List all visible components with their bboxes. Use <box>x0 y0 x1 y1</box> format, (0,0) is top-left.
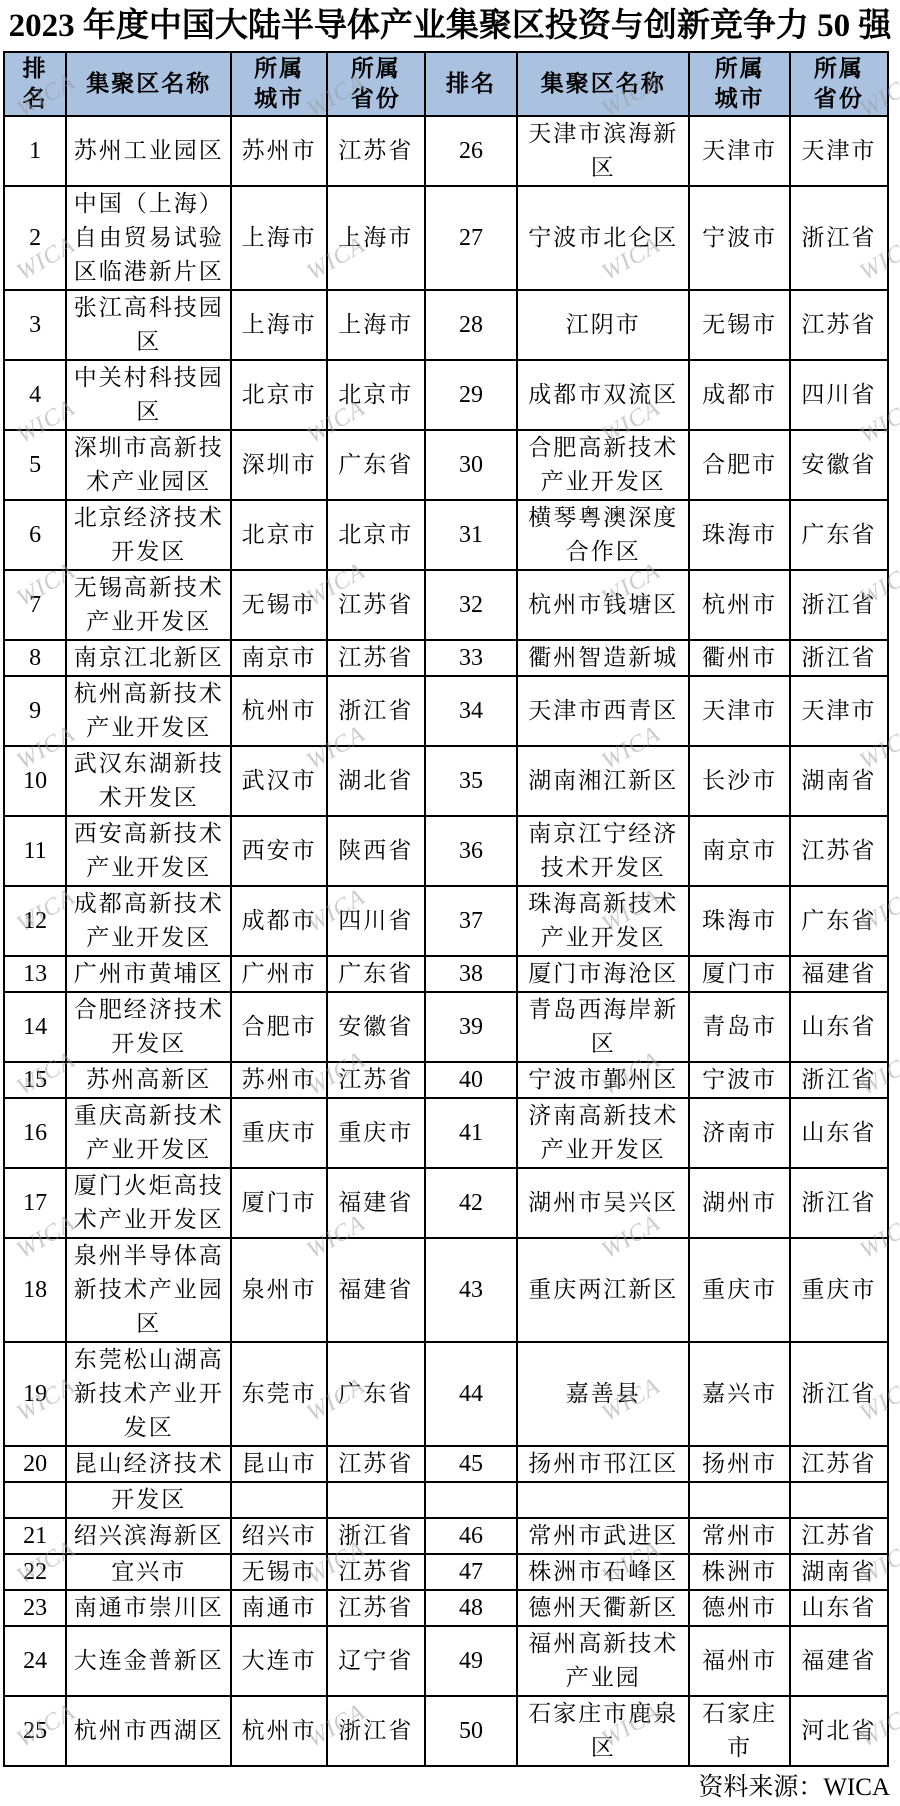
city-cell-left: 大连市 <box>231 1626 326 1696</box>
rank-cell-right: 37 <box>425 886 517 956</box>
rank-cell-right: 41 <box>425 1098 517 1168</box>
name-cell-left: 昆山经济技术 <box>66 1446 231 1482</box>
city-cell-left: 上海市 <box>231 290 326 360</box>
province-cell-right: 广东省 <box>790 886 888 956</box>
province-cell-right: 广东省 <box>790 500 888 570</box>
name-cell-left: 宜兴市 <box>66 1554 231 1590</box>
name-cell-left: 杭州高新技术 产业开发区 <box>66 676 231 746</box>
city-cell-left: 上海市 <box>231 186 326 290</box>
province-cell-left: 浙江省 <box>327 1518 425 1554</box>
name-cell-right: 石家庄市鹿泉 区 <box>517 1696 689 1766</box>
rank-cell-right: 42 <box>425 1168 517 1238</box>
city-cell-left: 杭州市 <box>231 1696 326 1766</box>
province-cell-left: 江苏省 <box>327 1590 425 1626</box>
rank-cell-right <box>425 1482 517 1518</box>
table-row: 8南京江北新区南京市江苏省33衢州智造新城衢州市浙江省 <box>4 640 888 676</box>
province-cell-left: 广东省 <box>327 430 425 500</box>
rank-cell-left: 8 <box>4 640 66 676</box>
rank-cell-right: 26 <box>425 116 517 186</box>
rank-cell-left: 9 <box>4 676 66 746</box>
name-cell-left: 中国（上海） 自由贸易试验 区临港新片区 <box>66 186 231 290</box>
table-row: 4中关村科技园 区北京市北京市29成都市双流区成都市四川省 <box>4 360 888 430</box>
name-cell-right: 嘉善县 <box>517 1342 689 1446</box>
province-cell-left <box>327 1482 425 1518</box>
province-cell-left: 北京市 <box>327 360 425 430</box>
name-cell-right: 杭州市钱塘区 <box>517 570 689 640</box>
table-row: 5深圳市高新技 术产业园区深圳市广东省30合肥高新技术 产业开发区合肥市安徽省 <box>4 430 888 500</box>
rank-cell-right: 27 <box>425 186 517 290</box>
name-cell-right: 宁波市北仑区 <box>517 186 689 290</box>
column-header-5: 集聚区名称 <box>517 52 689 116</box>
rank-cell-left: 19 <box>4 1342 66 1446</box>
name-cell-left: 中关村科技园 区 <box>66 360 231 430</box>
name-cell-left: 泉州半导体高 新技术产业园 区 <box>66 1238 231 1342</box>
name-cell-right: 济南高新技术 产业开发区 <box>517 1098 689 1168</box>
table-row: 10武汉东湖新技 术开发区武汉市湖北省35湖南湘江新区长沙市湖南省 <box>4 746 888 816</box>
table-row: 11西安高新技术 产业开发区西安市陕西省36南京江宁经济 技术开发区南京市江苏省 <box>4 816 888 886</box>
name-cell-right: 横琴粤澳深度 合作区 <box>517 500 689 570</box>
column-header-1: 集聚区名称 <box>66 52 231 116</box>
province-cell-left: 福建省 <box>327 1238 425 1342</box>
name-cell-left: 深圳市高新技 术产业园区 <box>66 430 231 500</box>
province-cell-right: 江苏省 <box>790 1446 888 1482</box>
table-row: 7无锡高新技术 产业开发区无锡市江苏省32杭州市钱塘区杭州市浙江省 <box>4 570 888 640</box>
rank-cell-right: 28 <box>425 290 517 360</box>
table-row: 20昆山经济技术昆山市江苏省45扬州市邗江区扬州市江苏省 <box>4 1446 888 1482</box>
city-cell-left: 无锡市 <box>231 1554 326 1590</box>
province-cell-right: 重庆市 <box>790 1238 888 1342</box>
name-cell-right: 天津市滨海新 区 <box>517 116 689 186</box>
table-row: 1苏州工业园区苏州市江苏省26天津市滨海新 区天津市天津市 <box>4 116 888 186</box>
city-cell-right: 常州市 <box>689 1518 789 1554</box>
name-cell-right: 湖州市吴兴区 <box>517 1168 689 1238</box>
city-cell-left: 苏州市 <box>231 1062 326 1098</box>
city-cell-left: 泉州市 <box>231 1238 326 1342</box>
rank-cell-right: 40 <box>425 1062 517 1098</box>
city-cell-left: 厦门市 <box>231 1168 326 1238</box>
name-cell-right: 合肥高新技术 产业开发区 <box>517 430 689 500</box>
province-cell-left: 浙江省 <box>327 676 425 746</box>
province-cell-right: 天津市 <box>790 676 888 746</box>
rank-cell-right: 45 <box>425 1446 517 1482</box>
province-cell-left: 四川省 <box>327 886 425 956</box>
province-cell-left: 辽宁省 <box>327 1626 425 1696</box>
table-row: 18泉州半导体高 新技术产业园 区泉州市福建省43重庆两江新区重庆市重庆市 <box>4 1238 888 1342</box>
city-cell-left: 南京市 <box>231 640 326 676</box>
city-cell-right: 石家庄 市 <box>689 1696 789 1766</box>
name-cell-left: 南京江北新区 <box>66 640 231 676</box>
rank-cell-right: 30 <box>425 430 517 500</box>
rank-cell-right: 35 <box>425 746 517 816</box>
page: WICAWICAWICAWICAWICAWICAWICAWICAWICAWICA… <box>0 5 900 1806</box>
rank-cell-left: 17 <box>4 1168 66 1238</box>
table-row: 9杭州高新技术 产业开发区杭州市浙江省34天津市西青区天津市天津市 <box>4 676 888 746</box>
province-cell-right: 四川省 <box>790 360 888 430</box>
rank-cell-right: 39 <box>425 992 517 1062</box>
name-cell-left: 开发区 <box>66 1482 231 1518</box>
city-cell-right: 福州市 <box>689 1626 789 1696</box>
table-row: 14合肥经济技术 开发区合肥市安徽省39青岛西海岸新 区青岛市山东省 <box>4 992 888 1062</box>
column-header-4: 排名 <box>425 52 517 116</box>
rank-cell-right: 43 <box>425 1238 517 1342</box>
province-cell-right: 河北省 <box>790 1696 888 1766</box>
name-cell-right: 厦门市海沧区 <box>517 956 689 992</box>
name-cell-left: 武汉东湖新技 术开发区 <box>66 746 231 816</box>
province-cell-right: 浙江省 <box>790 186 888 290</box>
province-cell-right: 山东省 <box>790 992 888 1062</box>
rank-cell-right: 33 <box>425 640 517 676</box>
city-cell-right: 扬州市 <box>689 1446 789 1482</box>
province-cell-right: 江苏省 <box>790 816 888 886</box>
province-cell-right: 山东省 <box>790 1590 888 1626</box>
city-cell-left: 南通市 <box>231 1590 326 1626</box>
province-cell-right: 山东省 <box>790 1098 888 1168</box>
province-cell-right: 江苏省 <box>790 1518 888 1554</box>
table-row: 22宜兴市无锡市江苏省47株洲市石峰区株洲市湖南省 <box>4 1554 888 1590</box>
name-cell-left: 苏州高新区 <box>66 1062 231 1098</box>
table-row: 16重庆高新技术 产业开发区重庆市重庆市41济南高新技术 产业开发区济南市山东省 <box>4 1098 888 1168</box>
table-row: 3张江高科技园 区上海市上海市28江阴市无锡市江苏省 <box>4 290 888 360</box>
table-row: 19东莞松山湖高 新技术产业开 发区东莞市广东省44嘉善县嘉兴市浙江省 <box>4 1342 888 1446</box>
province-cell-right: 浙江省 <box>790 640 888 676</box>
rank-cell-right: 46 <box>425 1518 517 1554</box>
name-cell-left: 重庆高新技术 产业开发区 <box>66 1098 231 1168</box>
name-cell-left: 南通市崇川区 <box>66 1590 231 1626</box>
name-cell-left: 张江高科技园 区 <box>66 290 231 360</box>
city-cell-right: 青岛市 <box>689 992 789 1062</box>
column-header-6: 所属 城市 <box>689 52 789 116</box>
rank-cell-left: 22 <box>4 1554 66 1590</box>
name-cell-right: 福州高新技术 产业园 <box>517 1626 689 1696</box>
rank-cell-left <box>4 1482 66 1518</box>
column-header-7: 所属 省份 <box>790 52 888 116</box>
header-row: 排 名集聚区名称所属 城市所属 省份排名集聚区名称所属 城市所属 省份 <box>4 52 888 116</box>
column-header-3: 所属 省份 <box>327 52 425 116</box>
source-note: 资料来源：WICA <box>0 1770 900 1806</box>
province-cell-left: 江苏省 <box>327 570 425 640</box>
rank-cell-right: 49 <box>425 1626 517 1696</box>
name-cell-right: 常州市武进区 <box>517 1518 689 1554</box>
province-cell-left: 福建省 <box>327 1168 425 1238</box>
rank-cell-right: 29 <box>425 360 517 430</box>
city-cell-left: 昆山市 <box>231 1446 326 1482</box>
city-cell-right: 厦门市 <box>689 956 789 992</box>
table-row: 15苏州高新区苏州市江苏省40宁波市鄞州区宁波市浙江省 <box>4 1062 888 1098</box>
rank-cell-left: 7 <box>4 570 66 640</box>
table-row: 21绍兴滨海新区绍兴市浙江省46常州市武进区常州市江苏省 <box>4 1518 888 1554</box>
city-cell-left: 深圳市 <box>231 430 326 500</box>
province-cell-left: 重庆市 <box>327 1098 425 1168</box>
name-cell-right: 珠海高新技术 产业开发区 <box>517 886 689 956</box>
city-cell-right: 无锡市 <box>689 290 789 360</box>
city-cell-right: 珠海市 <box>689 886 789 956</box>
name-cell-right: 成都市双流区 <box>517 360 689 430</box>
rank-cell-left: 2 <box>4 186 66 290</box>
rank-cell-right: 48 <box>425 1590 517 1626</box>
rank-cell-right: 47 <box>425 1554 517 1590</box>
province-cell-left: 上海市 <box>327 186 425 290</box>
table-row: 23南通市崇川区南通市江苏省48德州天衢新区德州市山东省 <box>4 1590 888 1626</box>
name-cell-left: 成都高新技术 产业开发区 <box>66 886 231 956</box>
province-cell-right: 江苏省 <box>790 290 888 360</box>
province-cell-right: 湖南省 <box>790 1554 888 1590</box>
name-cell-right: 重庆两江新区 <box>517 1238 689 1342</box>
page-title: 2023 年度中国大陆半导体产业集聚区投资与创新竞争力 50 强 <box>2 5 898 47</box>
table-row: 2中国（上海） 自由贸易试验 区临港新片区上海市上海市27宁波市北仑区宁波市浙江… <box>4 186 888 290</box>
province-cell-right: 浙江省 <box>790 1062 888 1098</box>
province-cell-right: 福建省 <box>790 956 888 992</box>
name-cell-right: 宁波市鄞州区 <box>517 1062 689 1098</box>
name-cell-right <box>517 1482 689 1518</box>
city-cell-right: 天津市 <box>689 116 789 186</box>
name-cell-left: 合肥经济技术 开发区 <box>66 992 231 1062</box>
name-cell-right: 天津市西青区 <box>517 676 689 746</box>
rank-cell-left: 12 <box>4 886 66 956</box>
table-row: 12成都高新技术 产业开发区成都市四川省37珠海高新技术 产业开发区珠海市广东省 <box>4 886 888 956</box>
city-cell-left: 苏州市 <box>231 116 326 186</box>
rank-cell-left: 6 <box>4 500 66 570</box>
province-cell-left: 安徽省 <box>327 992 425 1062</box>
rank-cell-right: 36 <box>425 816 517 886</box>
province-cell-right: 浙江省 <box>790 570 888 640</box>
rank-cell-left: 18 <box>4 1238 66 1342</box>
rank-cell-right: 44 <box>425 1342 517 1446</box>
city-cell-right: 成都市 <box>689 360 789 430</box>
name-cell-left: 北京经济技术 开发区 <box>66 500 231 570</box>
city-cell-right: 重庆市 <box>689 1238 789 1342</box>
province-cell-right: 浙江省 <box>790 1168 888 1238</box>
name-cell-right: 株洲市石峰区 <box>517 1554 689 1590</box>
city-cell-right: 衢州市 <box>689 640 789 676</box>
name-cell-left: 广州市黄埔区 <box>66 956 231 992</box>
rank-cell-left: 24 <box>4 1626 66 1696</box>
rank-cell-left: 3 <box>4 290 66 360</box>
column-header-2: 所属 城市 <box>231 52 326 116</box>
name-cell-left: 西安高新技术 产业开发区 <box>66 816 231 886</box>
rank-cell-left: 10 <box>4 746 66 816</box>
rank-cell-right: 31 <box>425 500 517 570</box>
rank-cell-right: 32 <box>425 570 517 640</box>
province-cell-left: 湖北省 <box>327 746 425 816</box>
city-cell-left: 无锡市 <box>231 570 326 640</box>
province-cell-left: 江苏省 <box>327 1446 425 1482</box>
province-cell-right: 安徽省 <box>790 430 888 500</box>
city-cell-left: 北京市 <box>231 500 326 570</box>
province-cell-left: 广东省 <box>327 956 425 992</box>
table-row: 17厦门火炬高技 术产业开发区厦门市福建省42湖州市吴兴区湖州市浙江省 <box>4 1168 888 1238</box>
city-cell-left: 北京市 <box>231 360 326 430</box>
rank-cell-left: 1 <box>4 116 66 186</box>
table-row: 24大连金普新区大连市辽宁省49福州高新技术 产业园福州市福建省 <box>4 1626 888 1696</box>
province-cell-left: 江苏省 <box>327 640 425 676</box>
province-cell-left: 江苏省 <box>327 1062 425 1098</box>
rank-cell-left: 15 <box>4 1062 66 1098</box>
province-cell-right: 湖南省 <box>790 746 888 816</box>
city-cell-left: 绍兴市 <box>231 1518 326 1554</box>
province-cell-right <box>790 1482 888 1518</box>
ranking-table: 排 名集聚区名称所属 城市所属 省份排名集聚区名称所属 城市所属 省份 1苏州工… <box>3 51 889 1767</box>
city-cell-right: 珠海市 <box>689 500 789 570</box>
rank-cell-left: 20 <box>4 1446 66 1482</box>
name-cell-right: 湖南湘江新区 <box>517 746 689 816</box>
city-cell-right: 天津市 <box>689 676 789 746</box>
province-cell-left: 陕西省 <box>327 816 425 886</box>
name-cell-right: 扬州市邗江区 <box>517 1446 689 1482</box>
province-cell-left: 上海市 <box>327 290 425 360</box>
rank-cell-left: 14 <box>4 992 66 1062</box>
rank-cell-right: 34 <box>425 676 517 746</box>
city-cell-right: 宁波市 <box>689 186 789 290</box>
rank-cell-right: 38 <box>425 956 517 992</box>
city-cell-left: 东莞市 <box>231 1342 326 1446</box>
province-cell-right: 福建省 <box>790 1626 888 1696</box>
column-header-0: 排 名 <box>4 52 66 116</box>
province-cell-left: 北京市 <box>327 500 425 570</box>
rank-cell-left: 4 <box>4 360 66 430</box>
province-cell-right: 浙江省 <box>790 1342 888 1446</box>
rank-cell-left: 23 <box>4 1590 66 1626</box>
table-body: 1苏州工业园区苏州市江苏省26天津市滨海新 区天津市天津市2中国（上海） 自由贸… <box>4 116 888 1766</box>
city-cell-right <box>689 1482 789 1518</box>
province-cell-left: 广东省 <box>327 1342 425 1446</box>
name-cell-left: 厦门火炬高技 术产业开发区 <box>66 1168 231 1238</box>
city-cell-left: 西安市 <box>231 816 326 886</box>
city-cell-left: 杭州市 <box>231 676 326 746</box>
rank-cell-left: 21 <box>4 1518 66 1554</box>
name-cell-left: 东莞松山湖高 新技术产业开 发区 <box>66 1342 231 1446</box>
city-cell-left: 广州市 <box>231 956 326 992</box>
city-cell-left <box>231 1482 326 1518</box>
table-row: 25杭州市西湖区杭州市浙江省50石家庄市鹿泉 区石家庄 市河北省 <box>4 1696 888 1766</box>
name-cell-right: 江阴市 <box>517 290 689 360</box>
city-cell-right: 德州市 <box>689 1590 789 1626</box>
city-cell-left: 重庆市 <box>231 1098 326 1168</box>
province-cell-left: 江苏省 <box>327 116 425 186</box>
name-cell-right: 南京江宁经济 技术开发区 <box>517 816 689 886</box>
city-cell-right: 湖州市 <box>689 1168 789 1238</box>
city-cell-right: 合肥市 <box>689 430 789 500</box>
rank-cell-left: 16 <box>4 1098 66 1168</box>
city-cell-right: 济南市 <box>689 1098 789 1168</box>
table-row: 6北京经济技术 开发区北京市北京市31横琴粤澳深度 合作区珠海市广东省 <box>4 500 888 570</box>
name-cell-right: 衢州智造新城 <box>517 640 689 676</box>
name-cell-left: 无锡高新技术 产业开发区 <box>66 570 231 640</box>
city-cell-left: 武汉市 <box>231 746 326 816</box>
name-cell-left: 大连金普新区 <box>66 1626 231 1696</box>
name-cell-right: 德州天衢新区 <box>517 1590 689 1626</box>
province-cell-right: 天津市 <box>790 116 888 186</box>
table-row: 开发区 <box>4 1482 888 1518</box>
city-cell-right: 杭州市 <box>689 570 789 640</box>
province-cell-left: 江苏省 <box>327 1554 425 1590</box>
name-cell-right: 青岛西海岸新 区 <box>517 992 689 1062</box>
name-cell-left: 绍兴滨海新区 <box>66 1518 231 1554</box>
province-cell-left: 浙江省 <box>327 1696 425 1766</box>
rank-cell-left: 13 <box>4 956 66 992</box>
name-cell-left: 苏州工业园区 <box>66 116 231 186</box>
city-cell-right: 株洲市 <box>689 1554 789 1590</box>
rank-cell-right: 50 <box>425 1696 517 1766</box>
name-cell-left: 杭州市西湖区 <box>66 1696 231 1766</box>
city-cell-right: 宁波市 <box>689 1062 789 1098</box>
rank-cell-left: 11 <box>4 816 66 886</box>
city-cell-right: 南京市 <box>689 816 789 886</box>
city-cell-right: 长沙市 <box>689 746 789 816</box>
city-cell-left: 成都市 <box>231 886 326 956</box>
rank-cell-left: 5 <box>4 430 66 500</box>
city-cell-left: 合肥市 <box>231 992 326 1062</box>
rank-cell-left: 25 <box>4 1696 66 1766</box>
table-row: 13广州市黄埔区广州市广东省38厦门市海沧区厦门市福建省 <box>4 956 888 992</box>
city-cell-right: 嘉兴市 <box>689 1342 789 1446</box>
